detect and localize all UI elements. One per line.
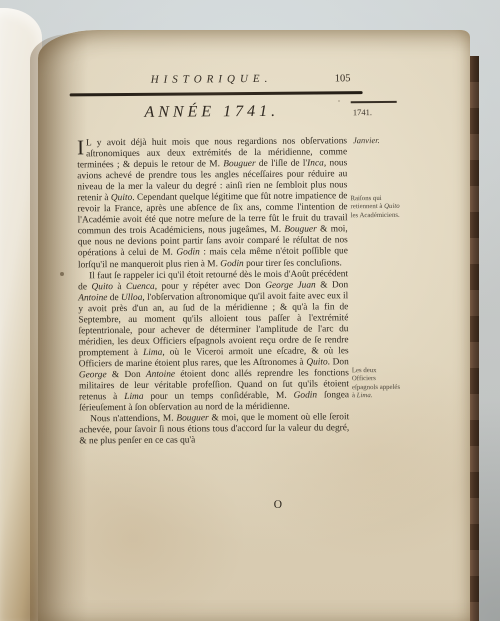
margin-year-label: 1741.: [353, 107, 399, 117]
paragraph: IL y avoit déjà huit mois que nous regar…: [77, 136, 348, 271]
paper-speck: [338, 100, 340, 102]
signature-mark: O: [268, 499, 288, 511]
printed-area: HISTORIQUE. 105 ANNÉE 1741. 1741. Janvie…: [36, 28, 473, 621]
paper-speck: [60, 272, 64, 276]
book-page: HISTORIQUE. 105 ANNÉE 1741. 1741. Janvie…: [38, 30, 470, 621]
margin-note: Raiſons qui retiennent à Quito les Acadé…: [350, 195, 400, 220]
margin-month-label: Janvier.: [353, 135, 399, 145]
margin-note: Les deux Officiers eſpagnols appelés à L…: [352, 367, 402, 401]
paragraph: Il faut ſe rappeler ici qu'il étoit reto…: [78, 269, 349, 415]
header-rule: [70, 91, 363, 96]
year-heading: ANNÉE 1741.: [77, 102, 347, 122]
book-photo: HISTORIQUE. 105 ANNÉE 1741. 1741. Janvie…: [0, 0, 500, 621]
paragraph-text: L y avoit déjà huit mois que nous regard…: [77, 136, 348, 270]
page-number: 105: [318, 73, 350, 84]
drop-cap: I: [77, 138, 86, 157]
running-header: HISTORIQUE.: [76, 72, 346, 86]
body-text: IL y avoit déjà huit mois que nous regar…: [77, 136, 349, 447]
margin-rule: [351, 101, 397, 103]
paragraph: Nous n'attendions, M. Bouguer & moi, que…: [79, 412, 349, 447]
